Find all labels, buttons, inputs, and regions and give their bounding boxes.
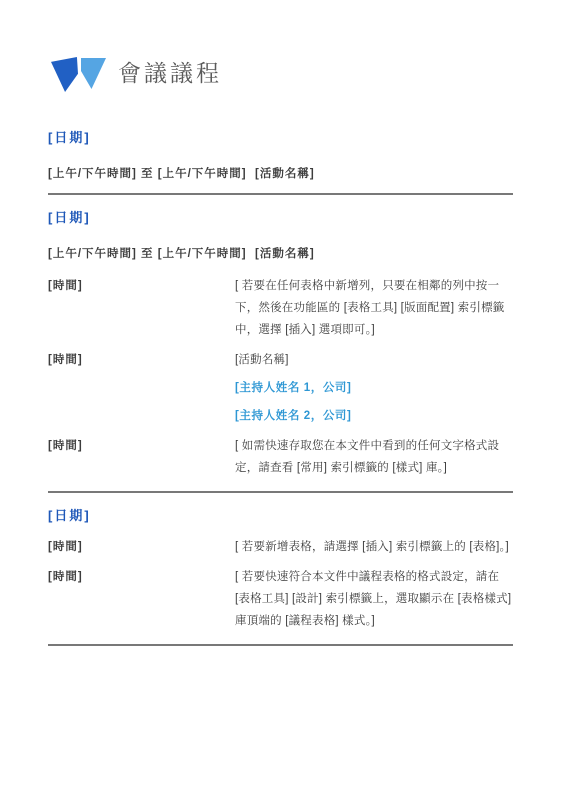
date-placeholder[interactable]: [日期]	[48, 127, 513, 146]
document-header: 會議議程	[0, 0, 564, 90]
time-placeholder[interactable]: [時間]	[48, 275, 235, 341]
agenda-table: [時間] [ 若要新增表格，請選擇 [插入] 索引標籤上的 [表格]。] [時間…	[48, 536, 513, 632]
logo-shape-right	[81, 58, 106, 89]
detail-text-placeholder[interactable]: [ 如需快速存取您在本文件中看到的任何文字格式設定，請查看 [常用] 索引標籤的…	[235, 435, 513, 479]
document-title: 會議議程	[118, 55, 222, 88]
agenda-table: [時間] [ 若要在任何表格中新增列，只要在相鄰的列中按一下，然後在功能區的 […	[48, 275, 513, 479]
agenda-row: [時間] [ 若要快速符合本文件中議程表格的格式設定，請在 [表格工具] [設計…	[48, 566, 513, 632]
agenda-section-1: [日期] [上午/下午時間] 至 [上午/下午時間] [活動名稱]	[48, 127, 513, 195]
time-placeholder[interactable]: [時間]	[48, 435, 235, 479]
agenda-section-2: [日期] [上午/下午時間] 至 [上午/下午時間] [活動名稱] [時間] […	[48, 207, 513, 493]
agenda-detail-cell: [ 若要在任何表格中新增列，只要在相鄰的列中按一下，然後在功能區的 [表格工具]…	[235, 275, 513, 341]
agenda-detail-cell: [活動名稱] [主持人姓名 1，公司] [主持人姓名 2，公司]	[235, 349, 513, 427]
agenda-row: [時間] [ 若要新增表格，請選擇 [插入] 索引標籤上的 [表格]。]	[48, 536, 513, 558]
time-placeholder[interactable]: [時間]	[48, 349, 235, 427]
speaker-2-placeholder[interactable]: [主持人姓名 2，公司]	[235, 405, 513, 427]
detail-text-placeholder[interactable]: [ 若要新增表格，請選擇 [插入] 索引標籤上的 [表格]。]	[235, 536, 513, 558]
time-placeholder[interactable]: [時間]	[48, 536, 235, 558]
detail-text-placeholder[interactable]: [ 若要在任何表格中新增列，只要在相鄰的列中按一下，然後在功能區的 [表格工具]…	[235, 275, 513, 341]
date-placeholder[interactable]: [日期]	[48, 505, 513, 524]
agenda-row: [時間] [ 如需快速存取您在本文件中看到的任何文字格式設定，請查看 [常用] …	[48, 435, 513, 479]
section-divider	[48, 491, 513, 493]
agenda-row: [時間] [ 若要在任何表格中新增列，只要在相鄰的列中按一下，然後在功能區的 […	[48, 275, 513, 341]
section-divider	[48, 644, 513, 646]
document-page: 會議議程 [日期] [上午/下午時間] 至 [上午/下午時間] [活動名稱] […	[0, 0, 564, 800]
section-divider	[48, 193, 513, 195]
w-ribbon-logo-icon	[48, 52, 107, 90]
agenda-detail-cell: [ 若要快速符合本文件中議程表格的格式設定，請在 [表格工具] [設計] 索引標…	[235, 566, 513, 632]
detail-text-placeholder[interactable]: [ 若要快速符合本文件中議程表格的格式設定，請在 [表格工具] [設計] 索引標…	[235, 566, 513, 632]
agenda-detail-cell: [ 若要新增表格，請選擇 [插入] 索引標籤上的 [表格]。]	[235, 536, 513, 558]
agenda-detail-cell: [ 如需快速存取您在本文件中看到的任何文字格式設定，請查看 [常用] 索引標籤的…	[235, 435, 513, 479]
speaker-1-placeholder[interactable]: [主持人姓名 1，公司]	[235, 377, 513, 399]
agenda-section-3: [日期] [時間] [ 若要新增表格，請選擇 [插入] 索引標籤上的 [表格]。…	[48, 505, 513, 646]
event-name-placeholder[interactable]: [活動名稱]	[235, 349, 513, 371]
time-range-placeholder[interactable]: [上午/下午時間] 至 [上午/下午時間] [活動名稱]	[48, 245, 513, 261]
logo-shape-left	[51, 57, 78, 92]
time-placeholder[interactable]: [時間]	[48, 566, 235, 632]
agenda-row: [時間] [活動名稱] [主持人姓名 1，公司] [主持人姓名 2，公司]	[48, 349, 513, 427]
document-body: [日期] [上午/下午時間] 至 [上午/下午時間] [活動名稱] [日期] […	[0, 127, 564, 646]
time-range-placeholder[interactable]: [上午/下午時間] 至 [上午/下午時間] [活動名稱]	[48, 165, 513, 181]
date-placeholder[interactable]: [日期]	[48, 207, 513, 226]
